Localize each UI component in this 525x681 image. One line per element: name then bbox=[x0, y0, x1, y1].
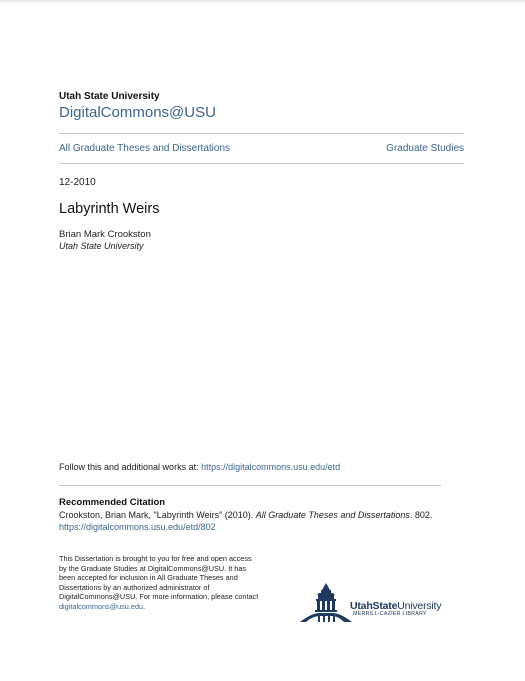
author-affiliation: Utah State University bbox=[59, 241, 144, 251]
notice-text: This Dissertation is brought to you for … bbox=[59, 554, 258, 601]
access-notice: This Dissertation is brought to you for … bbox=[59, 554, 259, 612]
citation-text: Crookston, Brian Mark, "Labyrinth Weirs"… bbox=[59, 510, 479, 520]
author-name: Brian Mark Crookston bbox=[59, 229, 151, 240]
citation-prefix: Crookston, Brian Mark, "Labyrinth Weirs"… bbox=[59, 510, 256, 520]
follow-label: Follow this and additional works at: bbox=[59, 462, 201, 472]
publication-date: 12-2010 bbox=[59, 177, 96, 188]
repository-link[interactable]: DigitalCommons@USU bbox=[59, 104, 216, 121]
document-title: Labyrinth Weirs bbox=[59, 201, 159, 217]
divider-top bbox=[59, 133, 464, 134]
follow-line: Follow this and additional works at: htt… bbox=[59, 462, 340, 472]
logo-library-name: MERRILL-CAZIER LIBRARY bbox=[353, 611, 427, 617]
institution-name: Utah State University bbox=[59, 91, 160, 102]
citation-link[interactable]: https://digitalcommons.usu.edu/etd/802 bbox=[59, 522, 216, 532]
usu-library-logo: UtahStateUniversity MERRILL-CAZIER LIBRA… bbox=[300, 582, 445, 624]
notice-end: . bbox=[143, 602, 145, 611]
follow-link[interactable]: https://digitalcommons.usu.edu/etd bbox=[201, 462, 340, 472]
divider-middle bbox=[59, 163, 464, 164]
citation-series: All Graduate Theses and Dissertations bbox=[256, 510, 410, 520]
citation-suffix: . 802. bbox=[410, 510, 433, 520]
page-top-shadow bbox=[0, 0, 525, 4]
old-main-tower-icon bbox=[300, 582, 352, 624]
citation-heading: Recommended Citation bbox=[59, 497, 165, 508]
contact-email-link[interactable]: digitalcommons@usu.edu bbox=[59, 602, 143, 611]
department-link[interactable]: Graduate Studies bbox=[386, 143, 464, 154]
collection-link[interactable]: All Graduate Theses and Dissertations bbox=[59, 143, 230, 154]
divider-bottom bbox=[59, 485, 441, 486]
